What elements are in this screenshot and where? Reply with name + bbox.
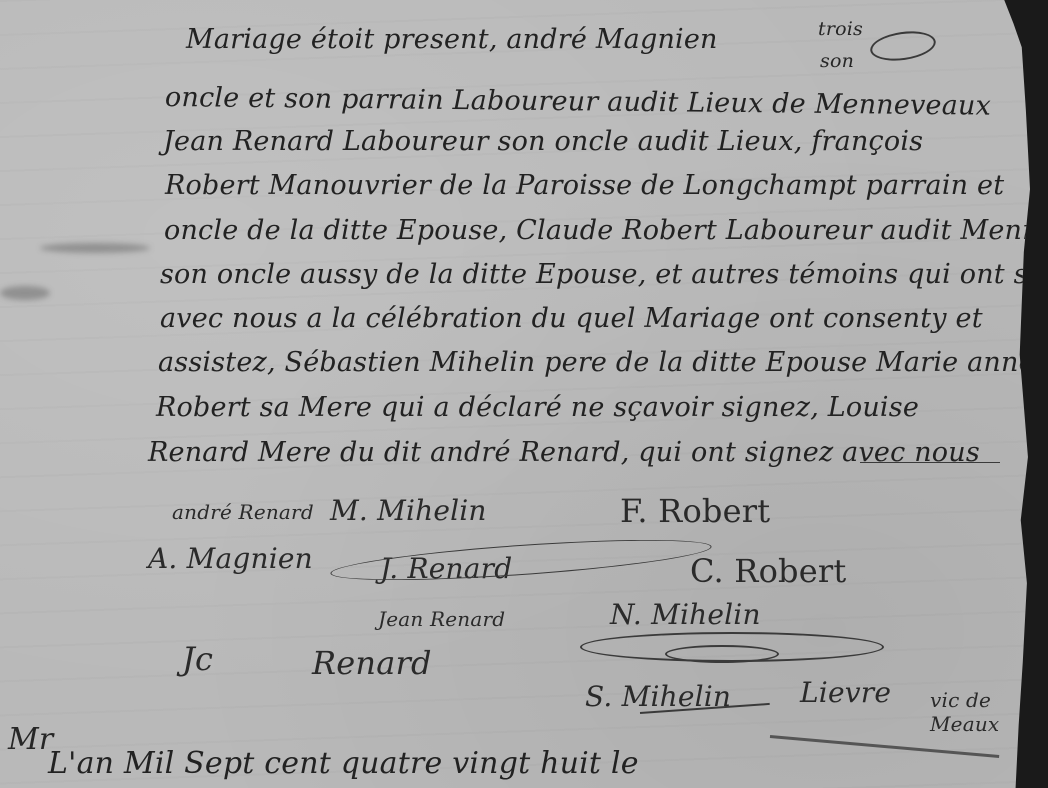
next-entry-start: L'an Mil Sept cent quatre vingt huit le <box>48 746 639 781</box>
paraph-flourish <box>868 28 937 65</box>
body-line-3: Jean Renard Laboureur son oncle audit Li… <box>163 126 923 157</box>
register-page: Mariage étoit present, andré Magnien tro… <box>0 0 1030 788</box>
body-line-4: Robert Manouvrier de la Paroisse de Long… <box>165 170 1004 201</box>
signature-meaux: Meaux <box>930 712 999 736</box>
body-line-1: Mariage étoit present, andré Magnien <box>186 24 718 55</box>
signature-vic-de: vic de <box>930 688 991 712</box>
signature-lievre: Lievre <box>800 676 891 709</box>
signature-n-mihelin: N. Mihelin <box>610 598 761 631</box>
signature-jean-renard: Jean Renard <box>378 607 505 631</box>
signature-flourish <box>329 532 712 589</box>
body-line-9: Robert sa Mere qui a déclaré ne sçavoir … <box>156 392 919 423</box>
margin-note: Mr <box>8 722 53 757</box>
signature-f-robert: F. Robert <box>620 492 770 530</box>
body-line-7: avec nous a la célébration du quel Maria… <box>160 303 983 334</box>
body-line-5: oncle de la ditte Epouse, Claude Robert … <box>164 215 1048 246</box>
ink-smudge <box>0 286 50 300</box>
signature-flourish <box>665 645 779 663</box>
signature-renard: Renard <box>312 644 432 682</box>
signature-m-mihelin: M. Mihelin <box>330 494 487 527</box>
signature-a-magnien: A. Magnien <box>148 542 313 575</box>
signature-c-robert: C. Robert <box>690 552 846 590</box>
signature-andre-renard: andré Renard <box>172 500 314 524</box>
interlinear-below: son <box>820 50 854 72</box>
body-line-2: oncle et son parrain Laboureur audit Lie… <box>165 82 991 122</box>
line-end-stroke <box>860 462 1000 463</box>
interlinear-above: trois <box>818 18 863 40</box>
body-line-10: Renard Mere du dit andré Renard, qui ont… <box>148 437 980 468</box>
body-line-6: son oncle aussy de la ditte Epouse, et a… <box>160 259 1048 290</box>
ink-smudge <box>40 243 150 253</box>
signature-jc: Jc <box>182 640 213 678</box>
signature-underline <box>770 735 999 758</box>
body-line-8: assistez, Sébastien Mihelin pere de la d… <box>158 347 1035 378</box>
